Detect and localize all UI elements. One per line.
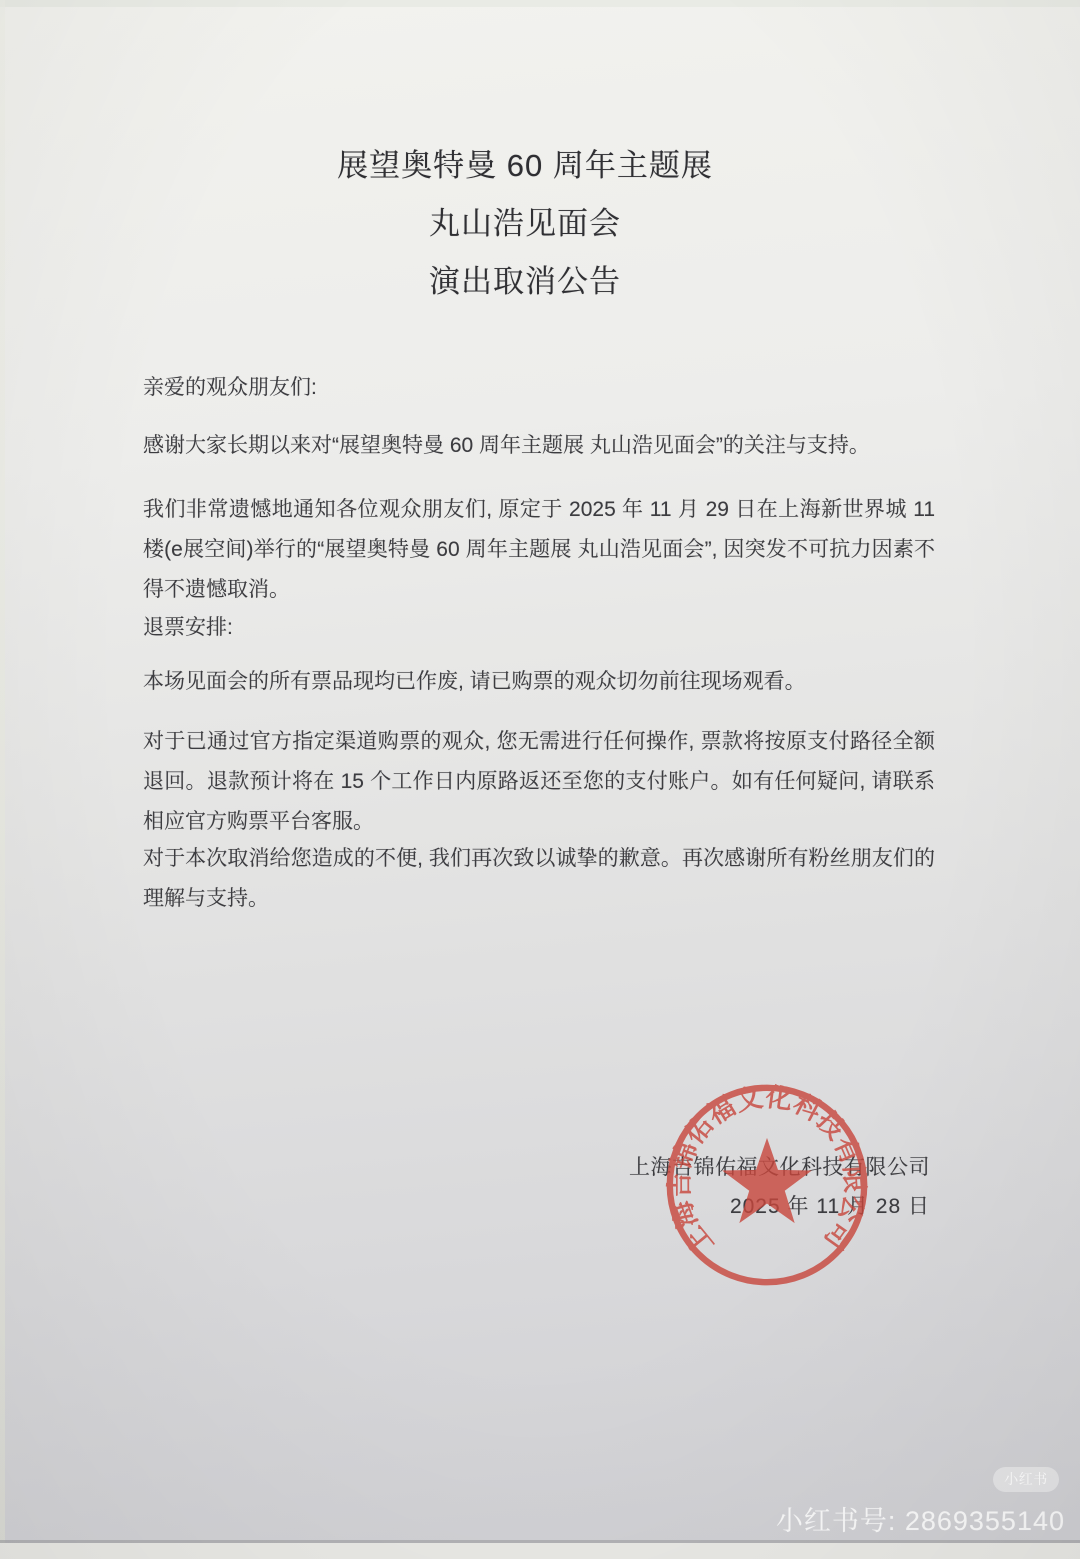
document-photo: 展望奥特曼 60 周年主题展 丸山浩见面会 演出取消公告 亲爱的观众朋友们: 感… bbox=[0, 0, 1080, 1559]
document-title-line-3: 演出取消公告 bbox=[0, 262, 1050, 302]
company-seal-stamp: 上海吉锦佑福文化科技有限公司 bbox=[659, 1077, 875, 1293]
xiaohongshu-badge: 小红书 bbox=[993, 1467, 1059, 1492]
seal-ring bbox=[670, 1088, 864, 1282]
paragraph-thanks: 感谢大家长期以来对“展望奥特曼 60 周年主题展 丸山浩见面会”的关注与支持。 bbox=[143, 426, 935, 466]
paper-top-edge bbox=[0, 0, 1080, 7]
paragraph-tickets-void: 本场见面会的所有票品现均已作废, 请已购票的观众切勿前往现场观看。 bbox=[143, 662, 935, 702]
signature-date: 2025 年 11 月 28 日 bbox=[430, 1191, 930, 1223]
xiaohongshu-account-id: 小红书号: 2869355140 bbox=[776, 1499, 1065, 1538]
paragraph-apology: 对于本次取消给您造成的不便, 我们再次致以诚挚的歉意。再次感谢所有粉丝朋友们的理… bbox=[143, 839, 935, 919]
signature-company: 上海吉锦佑福文化科技有限公司 bbox=[430, 1152, 930, 1184]
greeting-line: 亲爱的观众朋友们: bbox=[143, 368, 935, 408]
refund-section-header: 退票安排: bbox=[143, 608, 935, 648]
document-title-line-2: 丸山浩见面会 bbox=[0, 204, 1050, 244]
document-title-line-1: 展望奥特曼 60 周年主题展 bbox=[0, 146, 1050, 186]
table-surface bbox=[0, 1543, 1080, 1559]
paragraph-cancellation-notice: 我们非常遗憾地通知各位观众朋友们, 原定于 2025 年 11 月 29 日在上… bbox=[143, 490, 935, 610]
paragraph-refund-details: 对于已通过官方指定渠道购票的观众, 您无需进行任何操作, 票款将按原支付路径全额… bbox=[143, 722, 935, 842]
seal-graphic: 上海吉锦佑福文化科技有限公司 bbox=[659, 1077, 875, 1293]
